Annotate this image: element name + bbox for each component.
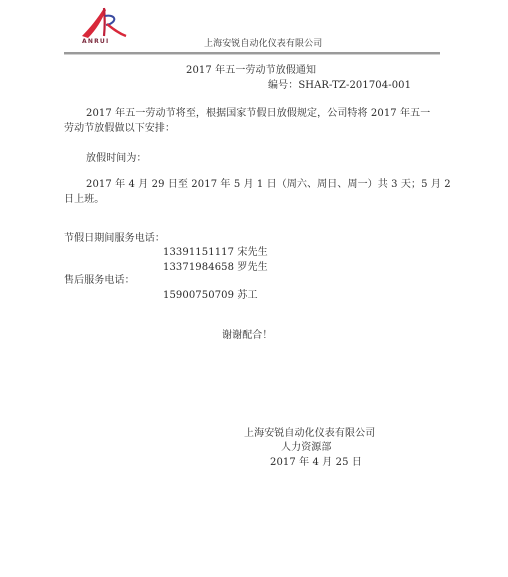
aftersales-service-label: 售后服务电话： bbox=[64, 274, 135, 287]
anrui-logo-icon bbox=[78, 6, 130, 40]
header-company-name: 上海安锐自动化仪表有限公司 bbox=[204, 38, 322, 51]
holiday-label: 放假时间为： bbox=[86, 152, 147, 165]
contact-name: 苏工 bbox=[237, 290, 257, 301]
contact-name: 宋先生 bbox=[237, 247, 267, 258]
contact-phone: 15900750709 bbox=[163, 290, 234, 301]
contact-entry: 13371984658 罗先生 bbox=[163, 261, 268, 274]
signature-department: 人力资源部 bbox=[281, 441, 332, 454]
logo-wordmark: ANRUI bbox=[82, 38, 109, 45]
document-title: 2017 年五一劳动节放假通知 bbox=[186, 64, 316, 77]
thanks-note: 谢谢配合！ bbox=[222, 329, 273, 342]
header-divider bbox=[64, 52, 440, 55]
contact-entry: 13391151117 宋先生 bbox=[163, 246, 268, 259]
document-number: 编号：SHAR-TZ-201704-001 bbox=[268, 79, 411, 92]
intro-paragraph-line-1: 2017 年五一劳动节将至，根据国家节假日放假规定，公司特将 2017 年五一 bbox=[86, 107, 430, 120]
holiday-service-label: 节假日期间服务电话： bbox=[64, 232, 165, 245]
signature-company: 上海安锐自动化仪表有限公司 bbox=[244, 427, 375, 440]
contact-entry: 15900750709 苏工 bbox=[163, 289, 258, 302]
document-number-value: SHAR-TZ-201704-001 bbox=[298, 80, 411, 91]
contact-name: 罗先生 bbox=[237, 262, 267, 273]
document-number-label: 编号： bbox=[268, 80, 298, 91]
holiday-period-line-2: 日上班。 bbox=[64, 193, 104, 206]
company-logo: ANRUI bbox=[78, 6, 130, 48]
contact-phone: 13391151117 bbox=[163, 247, 234, 258]
contact-phone: 13371984658 bbox=[163, 262, 234, 273]
intro-paragraph-line-2: 劳动节放假做以下安排： bbox=[64, 122, 175, 135]
holiday-period-line-1: 2017 年 4 月 29 日至 2017 年 5 月 1 日（周六、周日、周一… bbox=[86, 178, 451, 191]
signature-date: 2017 年 4 月 25 日 bbox=[270, 456, 362, 469]
